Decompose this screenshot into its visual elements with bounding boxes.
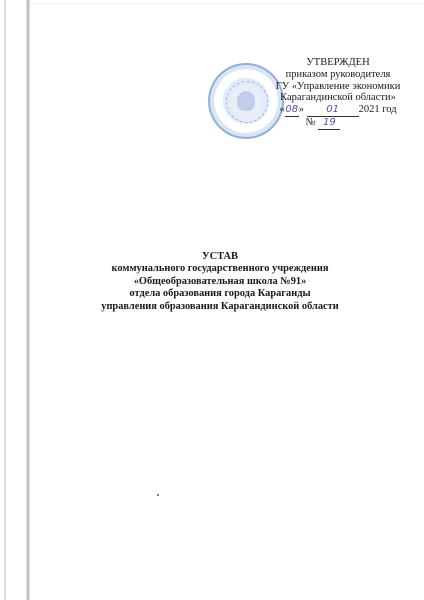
date-month: 01 <box>307 104 359 117</box>
approval-line-3: Карагандинской области» <box>258 92 418 104</box>
approval-number: № 19 <box>258 117 418 130</box>
title-line-3: «Общеобразовательная школа №91» <box>60 276 380 288</box>
number-label: № <box>306 117 316 128</box>
approval-block: УТВЕРЖДЕН приказом руководителя ГУ «Упра… <box>258 57 418 130</box>
approval-line-1: приказом руководителя <box>258 69 418 81</box>
date-close-quote: » <box>299 104 304 115</box>
seal-emblem-icon <box>237 91 255 111</box>
title-line-2: коммунального государственного учреждени… <box>60 263 380 275</box>
date-year: 2021 год <box>359 104 397 115</box>
scan-speck <box>157 494 159 496</box>
scan-edge-inner <box>26 0 30 600</box>
date-day: 08 <box>285 104 299 117</box>
approval-date: «08» 012021 год <box>258 104 418 117</box>
title-line-5: управления образования Карагандинской об… <box>60 301 380 313</box>
scan-top-shadow <box>28 3 424 5</box>
number-value: 19 <box>318 117 340 130</box>
approval-heading: УТВЕРЖДЕН <box>258 57 418 69</box>
document-title-block: УСТАВ коммунального государственного учр… <box>60 251 380 313</box>
title-line-4: отдела образования города Караганды <box>60 288 380 300</box>
scan-edge-outer <box>4 0 6 600</box>
approval-line-2: ГУ «Управление экономики <box>258 81 418 93</box>
title-heading: УСТАВ <box>60 251 380 263</box>
